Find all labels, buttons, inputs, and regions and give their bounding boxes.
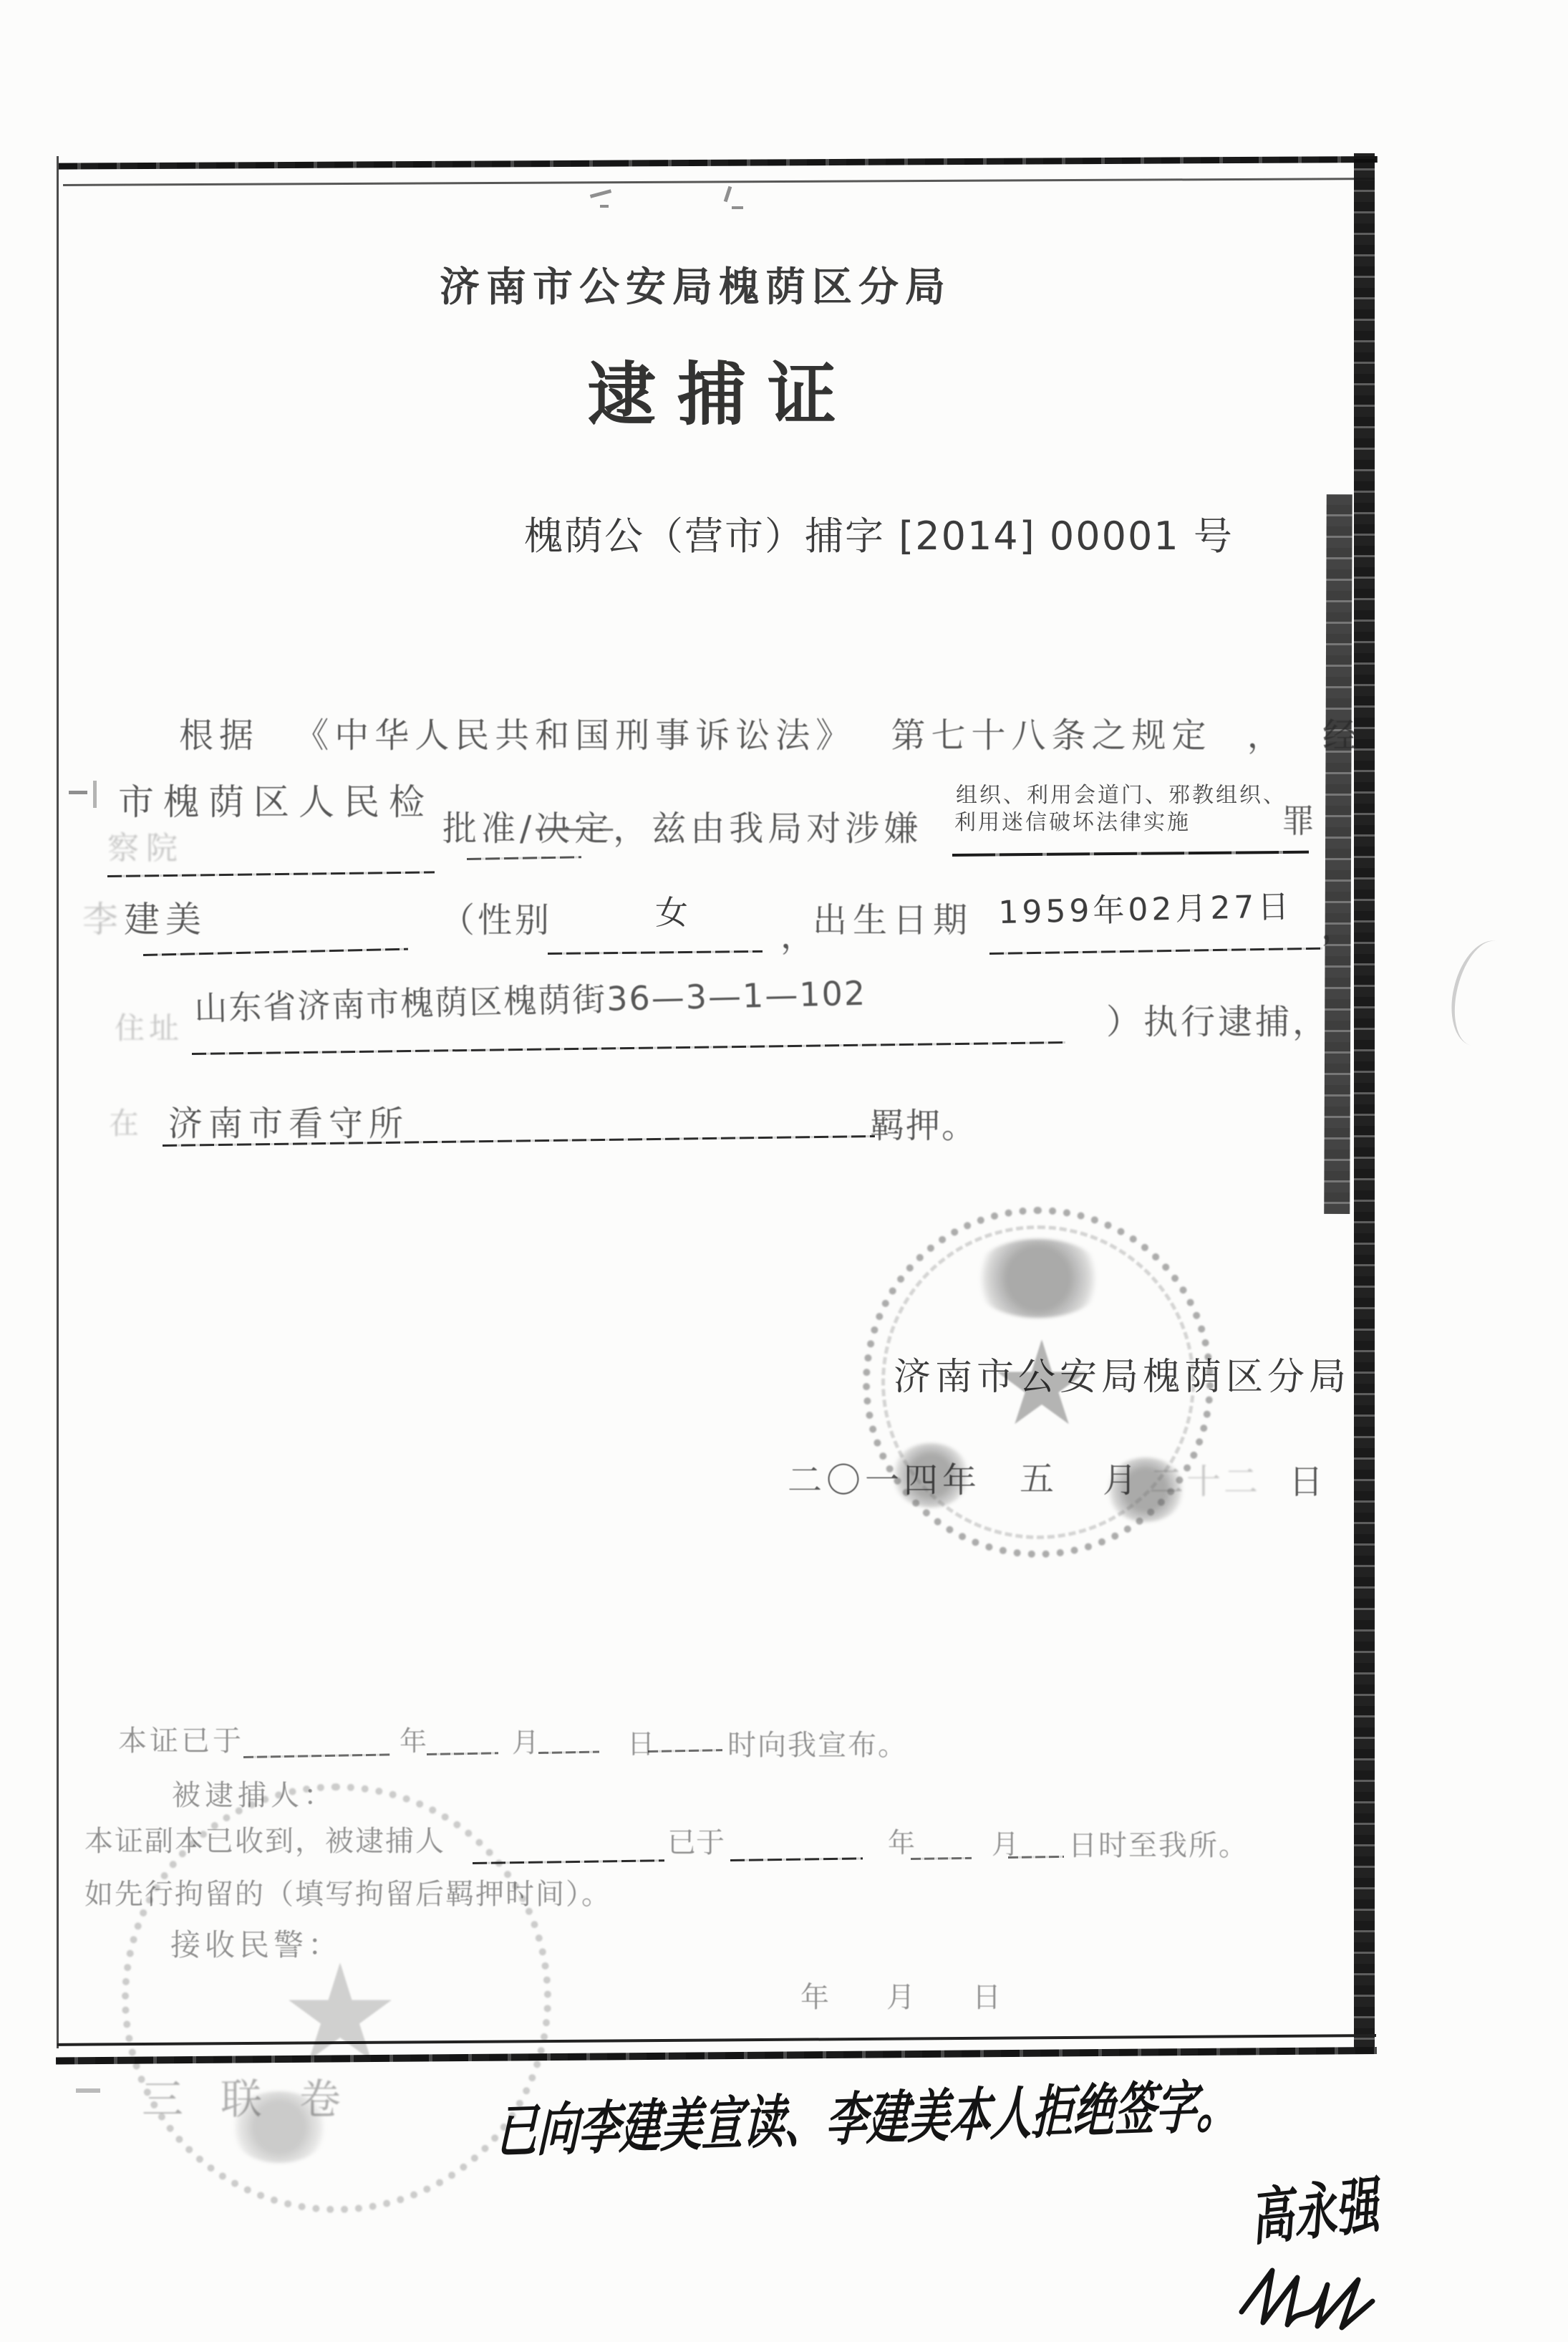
arrest-suffix: ）执行逮捕， xyxy=(1106,1003,1330,1042)
receipt-row1-blank4 xyxy=(648,1749,722,1753)
official-seal-bottom-left xyxy=(122,1783,551,2213)
scan-artifact-arc xyxy=(1441,934,1526,1053)
scan-fragment xyxy=(76,2088,100,2093)
approve-word: 批准/ xyxy=(442,809,536,849)
suspect-name-faded-char: 李 xyxy=(82,899,124,940)
handwritten-refusal-note: 已向李建美宣读、李建美本人拒绝签字。 xyxy=(495,2073,1239,2164)
receipt-row1-blank3 xyxy=(538,1751,599,1754)
receipt-row3-blank2 xyxy=(730,1857,863,1861)
frame-top-thin xyxy=(63,178,1375,186)
scan-fragment xyxy=(93,781,97,808)
blank-line-address xyxy=(192,1041,1065,1055)
frame-right-inner-band xyxy=(1324,494,1352,1214)
blank-line-crime xyxy=(952,851,1309,857)
scan-fragment xyxy=(69,791,87,794)
blank-line-dob xyxy=(989,948,1322,955)
receipt-row1-month: 月 xyxy=(512,1727,539,1759)
blank-line-prosecutor xyxy=(107,871,435,877)
crime-filled-line1: 组织、利用会道门、邪教组织、 xyxy=(956,784,1287,809)
blank-line-sex xyxy=(548,950,763,955)
frame-right xyxy=(1354,153,1375,2050)
receipt-row3-year: 年 xyxy=(888,1828,915,1859)
approve-rest: ，兹由我局对涉嫌 xyxy=(613,809,922,849)
frame-top-thick xyxy=(59,156,1378,170)
receipt-row1-blank1 xyxy=(243,1753,390,1758)
blank-line-name xyxy=(143,948,408,956)
custody-place: 济南市看守所 xyxy=(168,1104,409,1144)
handwritten-signature: 高永强 xyxy=(1247,2171,1382,2254)
frame-left xyxy=(57,156,59,2048)
receipt-row3-blank4 xyxy=(1008,1856,1064,1859)
custody-label: 在 xyxy=(109,1107,139,1141)
receipt-date-blank: 年 月 日 xyxy=(800,1981,1001,2014)
sex-value: 女 xyxy=(655,894,688,932)
prosecutor-name: 市槐荫区人民检 xyxy=(118,782,434,824)
official-seal-main xyxy=(863,1207,1214,1558)
signature-scribble xyxy=(1233,2262,1376,2333)
dob-label: 出生日期 xyxy=(813,901,973,940)
custody-suffix: 羁押。 xyxy=(870,1107,977,1146)
receipt-row1-prefix: 本证已于 xyxy=(118,1725,244,1758)
address-value: 山东省济南市槐荫区槐荫街36—3—1—102 xyxy=(194,975,867,1028)
address-label: 住址 xyxy=(115,1011,183,1046)
copy-sheet-label: 三联卷 xyxy=(142,2076,378,2124)
suspect-name-rest: 建美 xyxy=(124,899,207,940)
legal-basis-line: 根据 《中华人民共和国刑事诉讼法》 第七十八条之规定 ， 经 xyxy=(179,716,1363,756)
document-number: 槐荫公（营市）捕字 [2014] 00001 号 xyxy=(524,514,1234,559)
scanned-arrest-warrant-page: 济南市公安局槐荫区分局 逮捕证 槐荫公（营市）捕字 [2014] 00001 号… xyxy=(0,0,1568,2342)
approve-decide-line: 批准/决定，兹由我局对涉嫌 xyxy=(442,809,922,849)
issuing-agency-header: 济南市公安局槐荫区分局 xyxy=(440,265,952,311)
crime-suffix: 罪 xyxy=(1282,802,1315,840)
receipt-row1-year: 年 xyxy=(400,1726,427,1758)
sex-label: （性别 xyxy=(440,901,552,940)
dob-value: 1959年02月27日 xyxy=(998,889,1293,931)
receipt-row1-blank2 xyxy=(427,1752,498,1755)
document-title: 逮捕证 xyxy=(587,355,858,434)
receipt-row3-blank3 xyxy=(911,1857,972,1860)
receipt-row1-day: 日 xyxy=(627,1729,654,1760)
receipt-row1-suffix: 时向我宣布。 xyxy=(727,1729,908,1762)
prosecutor-remnant: 察院 xyxy=(107,831,185,867)
crime-filled-line2: 利用迷信破坏法律实施 xyxy=(954,811,1191,836)
issue-date-day-char: 日 xyxy=(1289,1462,1323,1502)
strike-line xyxy=(467,856,581,860)
receipt-row3-mid: 已于 xyxy=(667,1826,725,1859)
decide-word-struck: 决定 xyxy=(536,809,613,849)
suspect-name: 李建美 xyxy=(82,900,207,941)
receipt-row3-suffix: 日时至我所。 xyxy=(1068,1829,1249,1862)
comma: ， xyxy=(780,917,815,956)
comma: ， xyxy=(1321,908,1355,948)
